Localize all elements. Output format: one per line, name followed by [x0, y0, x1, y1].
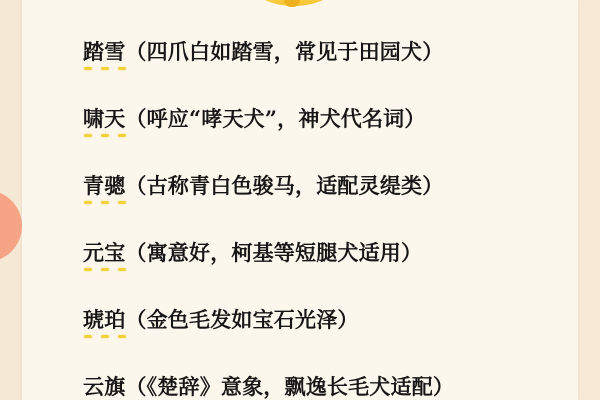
list-item: 踏雪（四爪白如踏雪，常见于田园犬） — [83, 40, 443, 70]
item-description: （呼应“哮天犬”，神犬代名词） — [125, 106, 425, 131]
item-name-text: 啸天 — [83, 106, 125, 131]
dashed-underline — [84, 335, 126, 338]
item-name: 啸天 — [83, 107, 125, 131]
item-description: （古称青白色骏马，适配灵缇类） — [125, 173, 443, 198]
item-description: （《楚辞》意象，飘逸长毛犬适配） — [125, 374, 454, 399]
dashed-underline — [84, 268, 126, 271]
item-name-text: 元宝 — [83, 240, 125, 265]
item-name: 青骢 — [83, 174, 125, 198]
item-name-text: 踏雪 — [83, 39, 125, 64]
list-item: 琥珀（金色毛发如宝石光泽） — [83, 308, 359, 338]
item-description: （寓意好，柯基等短腿犬适用） — [125, 240, 422, 265]
dashed-underline — [84, 201, 126, 204]
item-name-text: 青骢 — [83, 173, 125, 198]
dashed-underline — [84, 134, 126, 137]
list-item: 啸天（呼应“哮天犬”，神犬代名词） — [83, 107, 426, 137]
list-item: 青骢（古称青白色骏马，适配灵缇类） — [83, 174, 443, 204]
banner-notch-decoration — [284, 0, 300, 7]
item-name: 踏雪 — [83, 40, 125, 64]
right-margin — [578, 0, 600, 400]
list-item: 云旗（《楚辞》意象，飘逸长毛犬适配） — [83, 375, 454, 400]
dashed-underline — [84, 67, 126, 70]
item-description: （四爪白如踏雪，常见于田园犬） — [125, 39, 443, 64]
item-description: （金色毛发如宝石光泽） — [125, 307, 358, 332]
list-item: 元宝（寓意好，柯基等短腿犬适用） — [83, 241, 422, 271]
item-name: 琥珀 — [83, 308, 125, 332]
item-name: 元宝 — [83, 241, 125, 265]
item-name: 云旗 — [83, 375, 125, 399]
item-name-text: 琥珀 — [83, 307, 125, 332]
item-name-text: 云旗 — [83, 374, 125, 399]
